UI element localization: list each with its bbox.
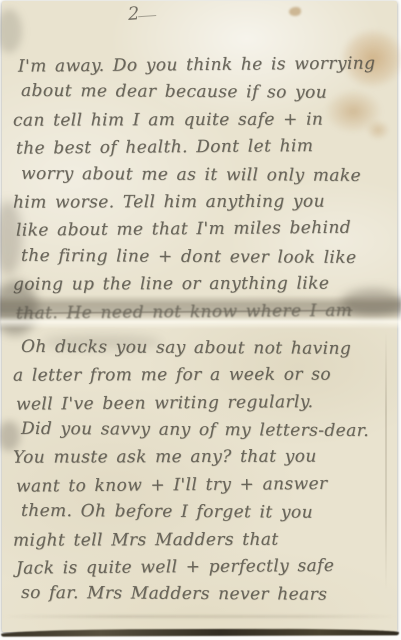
letter-line: I'm away. Do you think he is worrying (18, 53, 393, 84)
paper-smudge (0, 9, 22, 53)
letter-line: them. Oh before I forget it you (21, 501, 393, 531)
letter-line: so far. Mrs Madders never hears (21, 583, 393, 613)
letter-lines: I'm away. Do you think he is worryingabo… (12, 55, 393, 612)
letter-photo: 2 I'm away. Do you think he is worryinga… (0, 0, 401, 640)
letter-line: want to know + I'll try + answer (16, 473, 393, 504)
letter-line: a letter from me for a week or so (13, 365, 393, 394)
letter-line: like about me that I'm miles behind (16, 218, 393, 249)
letter-line: him worse. Tell him anything you (13, 191, 393, 220)
letter-line: Did you savvy any of my letters-dear. (21, 419, 393, 449)
page-number: 2 (127, 2, 157, 25)
paper-stain-speck (289, 7, 301, 16)
paper-torn-bottom-edge (1, 628, 399, 636)
letter-line: the best of health. Dont let him (16, 136, 393, 167)
letter-line: about me dear because if so you (21, 81, 393, 111)
letter-line: Oh ducks you say about not having (21, 337, 393, 367)
letter-paper: 2 I'm away. Do you think he is worryinga… (2, 1, 397, 632)
letter-line: worry about me as it will only make (21, 163, 393, 193)
letter-line: that. He need not know where I am (16, 300, 393, 331)
letter-line: going up the line or anything like (13, 273, 393, 302)
letter-line: Jack is quite well + perfectly safe (16, 555, 393, 586)
letter-line: well I've been writing regularly. (16, 391, 393, 422)
letter-line: can tell him I am quite safe + in (13, 109, 393, 138)
letter-line: You muste ask me any? that you (13, 447, 393, 476)
paper-crease-faint (2, 615, 397, 618)
letter-line: the firing line + dont ever look like (21, 246, 393, 276)
letter-line: might tell Mrs Madders that (13, 529, 393, 558)
